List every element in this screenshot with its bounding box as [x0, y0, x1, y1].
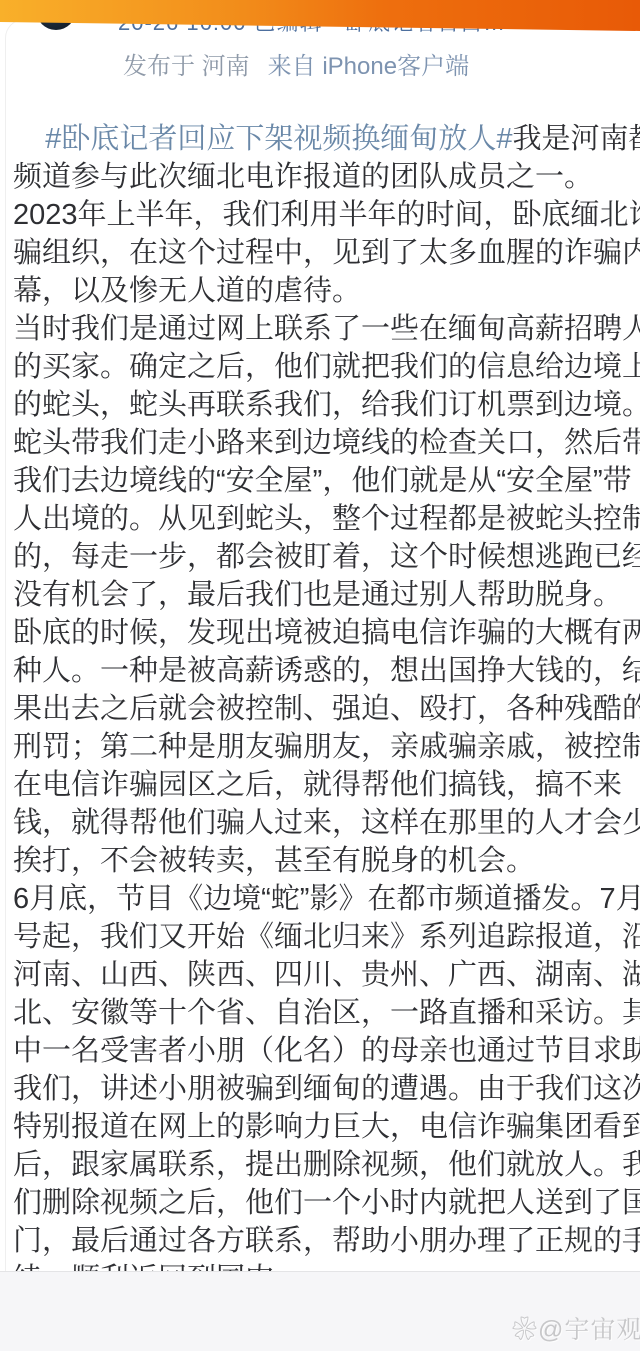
- client-source-link[interactable]: 来自 iPhone客户端: [268, 53, 469, 80]
- publish-location: 发布于 河南: [123, 53, 250, 80]
- post-hashtag-link[interactable]: #卧底记者回应下架视频换缅甸放人#: [45, 123, 512, 155]
- post-card: 发布于 河南来自 iPhone客户端 #卧底记者回应下架视频换缅甸放人#我是河南…: [6, 20, 640, 1351]
- post-body-text: 我是河南都市 频道参与此次缅北电诈报道的团队成员之一。 2023年上半年，我们利…: [13, 123, 640, 1295]
- post-text: #卧底记者回应下架视频换缅甸放人#我是河南都市 频道参与此次缅北电诈报道的团队成…: [13, 82, 640, 1336]
- watermark: ❀@宇宙观察: [512, 1310, 640, 1346]
- publish-info-line: 发布于 河南来自 iPhone客户端: [123, 46, 469, 81]
